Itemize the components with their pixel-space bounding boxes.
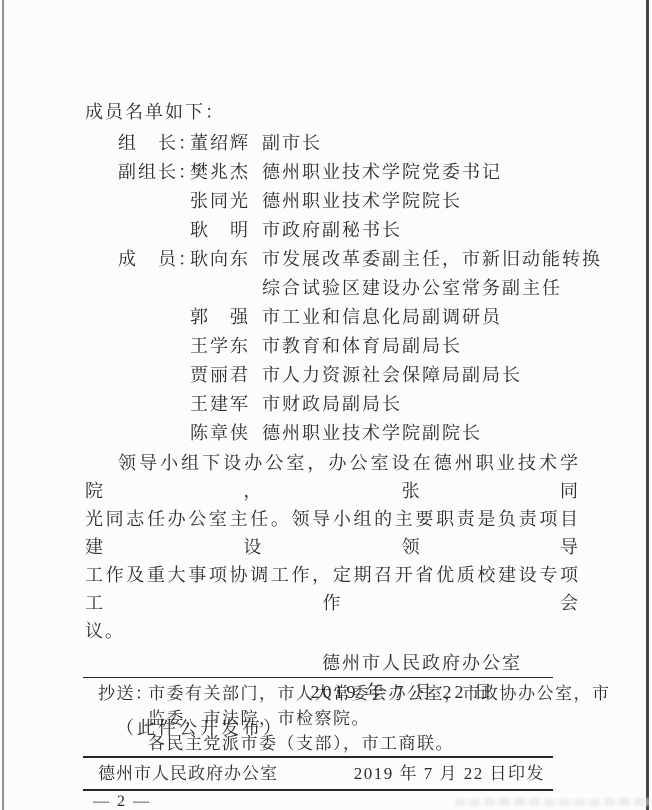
member-row: 耿 明 市政府副秘书长 [118,216,580,245]
member-title-line: 市教育和体育局副局长 [262,332,580,361]
member-title: 德州职业技术学院院长 [262,187,580,216]
member-name: 耿 明 [190,216,262,245]
member-title: 市人力资源社会保障局副局长 [262,361,580,390]
member-title-line: 市发展改革委副主任，市新旧动能转换 [262,245,602,274]
member-role [118,187,190,216]
cc-line: 市委有关部门，市人大常委会办公室，市政协办公室，市 [148,681,611,706]
closing-line: 光同志任办公室主任。领导小组的主要职责是负责项目建设领导 [85,505,580,561]
watermark-smudge [455,798,650,806]
cc-line: 各民主党派市委（支部），市工商联。 [148,731,611,756]
member-row: 成 员： 耿向东 市发展改革委副主任，市新旧动能转换 综合试验区建设办公室常务副… [118,245,580,303]
scan-edge-right [646,0,649,810]
member-title-line: 德州职业技术学院副院长 [262,419,580,448]
scan-edge-left [2,0,4,810]
member-name: 董绍辉 [190,129,262,158]
member-role: 副组长： [118,158,190,187]
print-date: 2019 年 7 月 22 日印发 [354,758,545,789]
member-name: 耿向东 [190,245,262,303]
document-footer: 抄送： 市委有关部门，市人大常委会办公室，市政协办公室，市 监委，市法院，市检察… [83,677,553,810]
member-title: 副市长 [262,129,580,158]
member-list-intro: 成员名单如下： [85,97,580,127]
member-row: 郭 强 市工业和信息化局副调研员 [118,303,580,332]
member-title: 市发展改革委副主任，市新旧动能转换 综合试验区建设办公室常务副主任 [262,245,602,303]
member-role: 组 长： [118,129,190,158]
member-title: 市政府副秘书长 [262,216,580,245]
member-name: 王建军 [190,390,262,419]
member-name: 郭 强 [190,303,262,332]
member-row: 陈章侠 德州职业技术学院副院长 [118,419,580,448]
member-name: 贾丽君 [190,361,262,390]
member-title-line: 德州职业技术学院党委书记 [262,158,580,187]
member-title-line: 市人力资源社会保障局副局长 [262,361,580,390]
member-role [118,216,190,245]
member-title: 德州职业技术学院副院长 [262,419,580,448]
cc-block: 抄送： 市委有关部门，市人大常委会办公室，市政协办公室，市 监委，市法院，市检察… [83,678,553,756]
closing-line: 工作及重大事项协调工作，定期召开省优质校建设专项工作会 [85,561,580,617]
cc-label: 抄送： [98,681,148,756]
closing-line: 议。 [85,617,580,645]
member-name: 张同光 [190,187,262,216]
member-title: 市教育和体育局副局长 [262,332,580,361]
member-name: 陈章侠 [190,419,262,448]
member-name: 樊兆杰 [190,158,262,187]
closing-paragraph: 领导小组下设办公室，办公室设在德州职业技术学院，张同 光同志任办公室主任。领导小… [85,449,580,645]
issuer-name: 德州市人民政府办公室 [98,758,278,789]
member-title-line: 德州职业技术学院院长 [262,187,580,216]
member-title: 市财政局副局长 [262,390,580,419]
member-row: 王建军 市财政局副局长 [118,390,580,419]
member-title-line: 综合试验区建设办公室常务副主任 [262,274,602,303]
issuing-office-signature: 德州市人民政府办公室 [85,649,580,678]
member-row: 组 长： 董绍辉 副市长 [118,129,580,158]
member-title: 德州职业技术学院党委书记 [262,158,580,187]
member-role: 成 员： [118,245,190,303]
cc-content: 市委有关部门，市人大常委会办公室，市政协办公室，市 监委，市法院，市检察院。 各… [148,681,611,756]
member-title: 市工业和信息化局副调研员 [262,303,580,332]
member-row: 王学东 市教育和体育局副局长 [118,332,580,361]
member-role [118,332,190,361]
member-row: 贾丽君 市人力资源社会保障局副局长 [118,361,580,390]
member-list: 组 长： 董绍辉 副市长 副组长： 樊兆杰 德州职业技术学院党委书记 张同光 德… [118,129,580,448]
closing-line: 领导小组下设办公室，办公室设在德州职业技术学院，张同 [85,449,580,505]
member-name: 王学东 [190,332,262,361]
member-title-line: 副市长 [262,129,580,158]
divider-line [83,789,553,791]
issuer-row: 德州市人民政府办公室 2019 年 7 月 22 日印发 [83,758,553,789]
cc-line: 监委，市法院，市检察院。 [148,706,611,731]
member-role [118,303,190,332]
member-title-line: 市财政局副局长 [262,390,580,419]
member-title-line: 市政府副秘书长 [262,216,580,245]
member-role [118,361,190,390]
member-row: 张同光 德州职业技术学院院长 [118,187,580,216]
member-row: 副组长： 樊兆杰 德州职业技术学院党委书记 [118,158,580,187]
document-body: 成员名单如下： 组 长： 董绍辉 副市长 副组长： 樊兆杰 德州职业技术学院党委… [85,0,580,743]
member-role [118,390,190,419]
member-role [118,419,190,448]
document-page: 成员名单如下： 组 长： 董绍辉 副市长 副组长： 樊兆杰 德州职业技术学院党委… [0,0,652,810]
member-title-line: 市工业和信息化局副调研员 [262,303,580,332]
